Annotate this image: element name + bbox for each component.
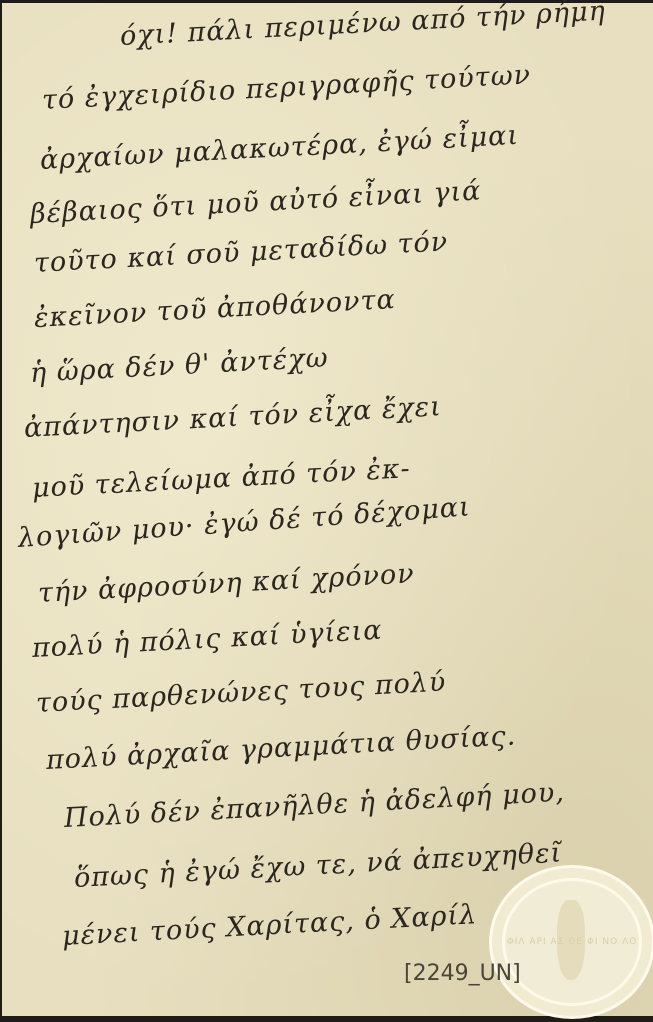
- handwritten-line: ἀπάντησιν καί τόν εἶχα ἔχει: [23, 391, 442, 444]
- handwritten-line: μοῦ τελείωμα ἀπό τόν ἐκ-: [31, 453, 411, 504]
- handwritten-line: τοῦτο καί σοῦ μεταδίδω τόν: [33, 226, 449, 279]
- handwritten-line: όχι! πάλι περιμένω από τήν ρήμη: [119, 0, 606, 52]
- handwritten-line: μένει τούς Χαρίτας, ὁ Χαρίλ: [61, 899, 478, 952]
- handwritten-line: τούς παρθενώνες τους πολύ: [35, 667, 447, 719]
- letter-page: όχι! πάλι περιμένω από τήν ρήμη τό ἐγχει…: [2, 3, 653, 1016]
- handwritten-line: πολύ ἀρχαῖα γραμμάτια θυσίας.: [45, 720, 517, 776]
- handwritten-line: ἡ ὥρα δέν θ' ἀντέχω: [29, 342, 329, 389]
- handwritten-line: ἐκεῖνον τοῦ ἀποθάνοντα: [33, 284, 396, 334]
- handwritten-line: Πολύ δέν ἐπανῆλθε ἡ ἀδελφή μου,: [63, 777, 565, 834]
- handwritten-line: ὅπως ἡ ἐγώ ἔχω τε, νά ἀπευχηθεῖ: [73, 837, 563, 894]
- handwritten-line: τό ἐγχειρίδιο περιγραφῆς τούτων: [41, 59, 532, 116]
- handwritten-line: ἀρχαίων μαλακωτέρα, ἐγώ εἶμαι: [39, 120, 519, 176]
- stamp-text: ΦΙΛ ΑΡΙ ΑΣ ΘΕ ΦΙ ΝΟ ΛΟ: [492, 937, 652, 947]
- handwritten-line: τήν ἀφροσύνη καί χρόνον: [37, 558, 415, 609]
- handwritten-line: βέβαιος ὅτι μοῦ αὐτό εἶναι γιά: [29, 175, 482, 230]
- archive-reference: [2249_UN]: [404, 961, 521, 986]
- handwritten-line: πολύ ἡ πόλις καί ὑγίεια: [31, 615, 383, 664]
- library-stamp: ΦΙΛ ΑΡΙ ΑΣ ΘΕ ΦΙ ΝΟ ΛΟ: [489, 865, 653, 1019]
